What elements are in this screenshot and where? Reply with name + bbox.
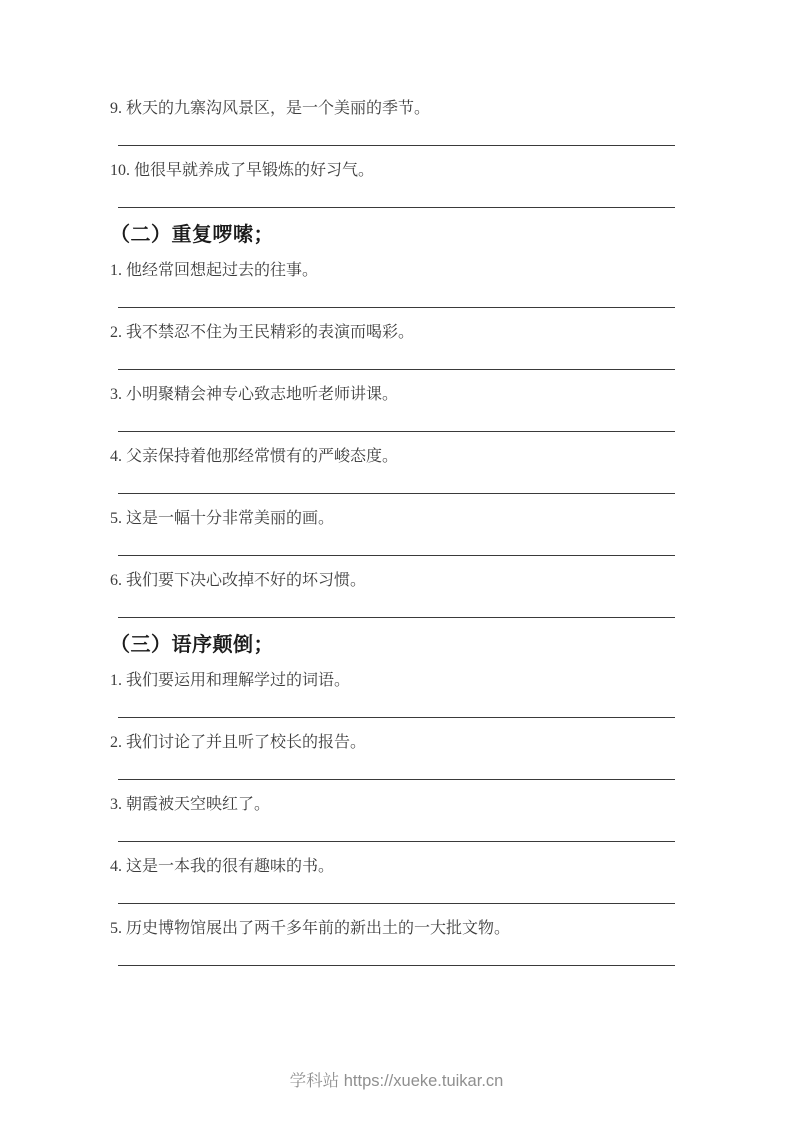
answer-blank-line xyxy=(118,431,675,432)
item-text: 秋天的九寨沟风景区，是一个美丽的季节。 xyxy=(126,100,430,117)
footer: 学科站 https://xueke.tuikar.cn xyxy=(0,1067,793,1091)
exercise-item: 1.他经常回想起过去的往事。 xyxy=(110,261,753,308)
exercise-item: 6.我们要下决心改掉不好的坏习惯。 xyxy=(110,571,753,618)
item-number: 9. xyxy=(110,100,122,117)
section-items: 1.他经常回想起过去的往事。 2.我不禁忍不住为王民精彩的表演而喝彩。 3.小明… xyxy=(110,261,753,618)
item-text: 他经常回想起过去的往事。 xyxy=(126,262,318,279)
exercise-item: 2.我不禁忍不住为王民精彩的表演而喝彩。 xyxy=(110,323,753,370)
answer-blank-line xyxy=(118,841,675,842)
item-number: 10. xyxy=(110,162,130,179)
footer-credit: 学科站 https://xueke.tuikar.cn xyxy=(290,1072,504,1090)
item-text: 我们讨论了并且听了校长的报告。 xyxy=(126,734,366,751)
item-number: 2. xyxy=(110,324,122,341)
item-text: 他很早就养成了早锻炼的好习气。 xyxy=(134,162,374,179)
exercise-item: 4.父亲保持着他那经常惯有的严峻态度。 xyxy=(110,447,753,494)
item-number: 3. xyxy=(110,386,122,403)
item-text: 我们要运用和理解学过的词语。 xyxy=(126,672,350,689)
answer-blank-line xyxy=(118,617,675,618)
exercise-sentence: 4.父亲保持着他那经常惯有的严峻态度。 xyxy=(110,447,753,467)
item-text: 这是一幅十分非常美丽的画。 xyxy=(126,510,334,527)
exercise-sentence: 5.这是一幅十分非常美丽的画。 xyxy=(110,509,753,529)
item-number: 4. xyxy=(110,858,122,875)
item-number: 2. xyxy=(110,734,122,751)
exercise-sentence: 5.历史博物馆展出了两千多年前的新出土的一大批文物。 xyxy=(110,919,753,939)
item-number: 1. xyxy=(110,672,122,689)
exercise-sentence: 4.这是一本我的很有趣味的书。 xyxy=(110,857,753,877)
exercise-section: （二）重复啰嗦； 1.他经常回想起过去的往事。 2.我不禁忍不住为王民精彩的表演… xyxy=(110,223,753,618)
exercise-sentence: 3.小明聚精会神专心致志地听老师讲课。 xyxy=(110,385,753,405)
exercise-item: 2.我们讨论了并且听了校长的报告。 xyxy=(110,733,753,780)
section-heading: （三）语序颠倒； xyxy=(110,633,753,657)
answer-blank-line xyxy=(118,493,675,494)
answer-blank-line xyxy=(118,307,675,308)
item-number: 5. xyxy=(110,920,122,937)
item-text: 历史博物馆展出了两千多年前的新出土的一大批文物。 xyxy=(126,920,510,937)
exercise-item: 10.他很早就养成了早锻炼的好习气。 xyxy=(110,161,753,208)
answer-blank-line xyxy=(118,965,675,966)
exercise-sentence: 1.他经常回想起过去的往事。 xyxy=(110,261,753,281)
sections: （二）重复啰嗦； 1.他经常回想起过去的往事。 2.我不禁忍不住为王民精彩的表演… xyxy=(110,223,753,966)
item-text: 朝霞被天空映红了。 xyxy=(126,796,270,813)
item-text: 小明聚精会神专心致志地听老师讲课。 xyxy=(126,386,398,403)
exercise-item: 4.这是一本我的很有趣味的书。 xyxy=(110,857,753,904)
exercise-item: 3.小明聚精会神专心致志地听老师讲课。 xyxy=(110,385,753,432)
answer-blank-line xyxy=(118,145,675,146)
exercise-section: （三）语序颠倒； 1.我们要运用和理解学过的词语。 2.我们讨论了并且听了校长的… xyxy=(110,633,753,966)
exercise-item: 3.朝霞被天空映红了。 xyxy=(110,795,753,842)
exercise-sentence: 3.朝霞被天空映红了。 xyxy=(110,795,753,815)
item-text: 我不禁忍不住为王民精彩的表演而喝彩。 xyxy=(126,324,414,341)
worksheet-content: 9.秋天的九寨沟风景区，是一个美丽的季节。 10.他很早就养成了早锻炼的好习气。… xyxy=(0,0,793,966)
item-number: 1. xyxy=(110,262,122,279)
exercise-sentence: 2.我们讨论了并且听了校长的报告。 xyxy=(110,733,753,753)
exercise-sentence: 9.秋天的九寨沟风景区，是一个美丽的季节。 xyxy=(110,99,753,119)
exercise-sentence: 1.我们要运用和理解学过的词语。 xyxy=(110,671,753,691)
item-text: 父亲保持着他那经常惯有的严峻态度。 xyxy=(126,448,398,465)
exercise-item: 5.这是一幅十分非常美丽的画。 xyxy=(110,509,753,556)
answer-blank-line xyxy=(118,207,675,208)
leading-items: 9.秋天的九寨沟风景区，是一个美丽的季节。 10.他很早就养成了早锻炼的好习气。 xyxy=(110,99,753,208)
answer-blank-line xyxy=(118,369,675,370)
worksheet-page: 9.秋天的九寨沟风景区，是一个美丽的季节。 10.他很早就养成了早锻炼的好习气。… xyxy=(0,0,793,1122)
answer-blank-line xyxy=(118,717,675,718)
item-text: 这是一本我的很有趣味的书。 xyxy=(126,858,334,875)
answer-blank-line xyxy=(118,555,675,556)
exercise-item: 1.我们要运用和理解学过的词语。 xyxy=(110,671,753,718)
answer-blank-line xyxy=(118,903,675,904)
exercise-sentence: 10.他很早就养成了早锻炼的好习气。 xyxy=(110,161,753,181)
item-number: 6. xyxy=(110,572,122,589)
exercise-sentence: 2.我不禁忍不住为王民精彩的表演而喝彩。 xyxy=(110,323,753,343)
section-heading: （二）重复啰嗦； xyxy=(110,223,753,247)
answer-blank-line xyxy=(118,779,675,780)
item-number: 5. xyxy=(110,510,122,527)
item-text: 我们要下决心改掉不好的坏习惯。 xyxy=(126,572,366,589)
exercise-item: 5.历史博物馆展出了两千多年前的新出土的一大批文物。 xyxy=(110,919,753,966)
item-number: 4. xyxy=(110,448,122,465)
section-items: 1.我们要运用和理解学过的词语。 2.我们讨论了并且听了校长的报告。 3.朝霞被… xyxy=(110,671,753,966)
exercise-item: 9.秋天的九寨沟风景区，是一个美丽的季节。 xyxy=(110,99,753,146)
item-number: 3. xyxy=(110,796,122,813)
exercise-sentence: 6.我们要下决心改掉不好的坏习惯。 xyxy=(110,571,753,591)
